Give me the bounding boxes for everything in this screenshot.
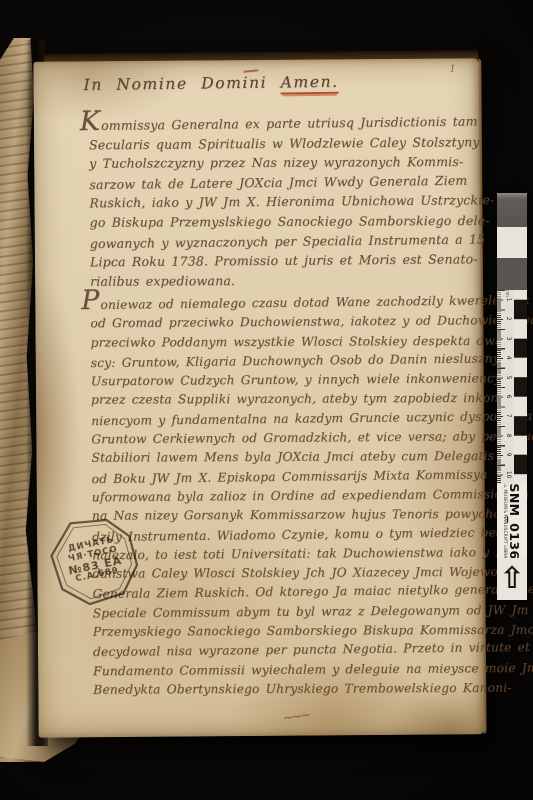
ruler: cm 12345678910 (497, 290, 527, 484)
manuscript-line: dzily Instrumenta. Wiadomo Czynie, komu … (92, 523, 481, 547)
shelfmark-label-rotated: ASNM_01368 HILL MUSEUM&MANUSCRIPT LIBRAR… (497, 484, 527, 558)
ruler-numbers: 12345678910 (504, 290, 513, 484)
gray-patch (497, 193, 527, 227)
manuscript-line: Benedykta Obertynskiego Uhryskiego Tremb… (93, 679, 482, 700)
manuscript-page: 1 In Nomine Domini Amen. Kommissya Gener… (33, 58, 484, 737)
manuscript-line: gowanych y wyznaczonych per Specialia In… (90, 229, 479, 253)
up-arrow-icon: ⇧ (499, 564, 524, 594)
manuscript-line: go Biskupa Przemyslskiego Sanockiego Sam… (90, 211, 479, 232)
ink-squiggle: ∼∼∼ (282, 708, 311, 727)
manuscript-line: Speciale Commissum abym tu byl wraz z De… (93, 601, 482, 623)
manuscript-title: In Nomine Domini Amen. (83, 73, 338, 94)
stamp-text: ДИЧАТЬЧЯ·ТОСО№83 ЕАС.А.689 (42, 508, 146, 612)
manuscript-line: od Gromad przeciwko Duchowienstwa, iakot… (90, 312, 479, 334)
manuscript-line: na Nas nizey Gorsanyk Kommissarzow hujus… (92, 505, 481, 526)
shelfmark-label: ASNM_01368 HILL MUSEUM&MANUSCRIPT LIBRAR… (497, 484, 527, 558)
manuscript-line: od Boku JW Jm X. Episkopa Commissarijs M… (92, 465, 481, 489)
paragraph-1: Kommissya Generalna ex parte utriusq Jur… (80, 112, 479, 291)
library-name: HILL MUSEUM&MANUSCRIPT LIBRARY (503, 484, 508, 558)
page-number: 1 (450, 64, 456, 74)
ruler-cm-blocks (514, 290, 527, 484)
photographic-scale-bar: cm 12345678910 ASNM_01368 HILL MUSEUM&MA… (497, 193, 527, 600)
library-name-part: MANUSCRIPT LIBRARY (503, 515, 508, 558)
title-underlined-word: Amen. (281, 73, 339, 95)
white-patch (497, 227, 527, 258)
library-name-part: HILL MUSEUM (503, 484, 508, 509)
gray-patch (497, 258, 527, 290)
archive-stamp: ДИЧАТЬЧЯ·ТОСО№83 ЕАС.А.689 (42, 508, 146, 612)
red-ink-mark (243, 69, 258, 73)
orientation-arrow: ⇧ (497, 558, 527, 600)
manuscript-line: Ruskich, iako y JW Jm X. Hieronima Ubnic… (89, 191, 478, 214)
manuscript-line: Secularis quam Spiritualis w Wlodzlewie … (89, 132, 478, 155)
title-text: In Nomine Domini (83, 74, 267, 94)
manuscript-line: Fundamento Commissii wyiechalem y delegu… (93, 659, 482, 681)
photo-scene: 1 In Nomine Domini Amen. Kommissya Gener… (0, 0, 533, 800)
manuscript-line: rialibus expediowana. (90, 270, 479, 291)
paragraph-2: Poniewaz od niemalego czasu dotad Wane z… (81, 292, 482, 700)
shelfmark-text: ASNM_01368 (508, 484, 521, 558)
